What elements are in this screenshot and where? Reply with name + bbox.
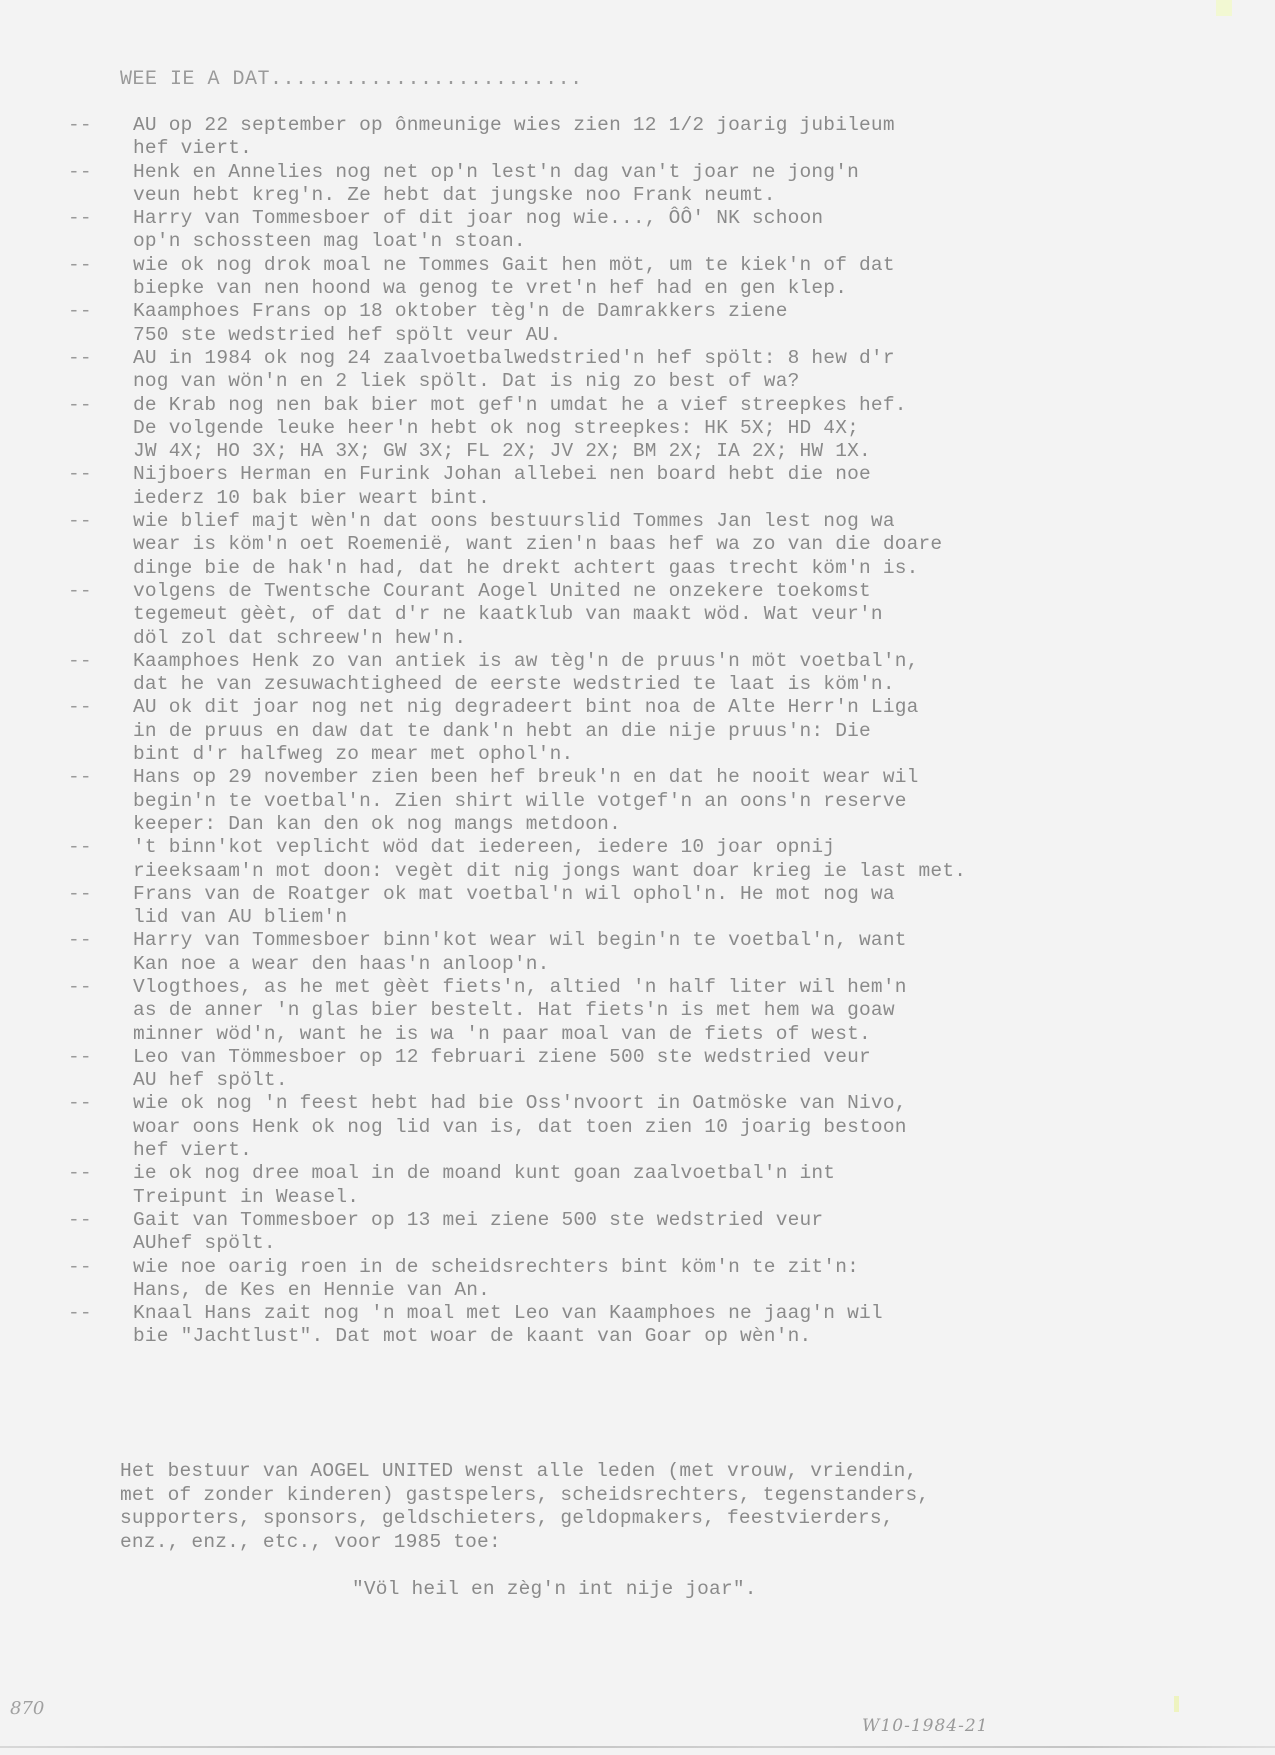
- list-item-text: wie ok nog drok moal ne Tommes Gait hen …: [133, 254, 895, 301]
- highlight-mark: [1216, 0, 1232, 16]
- closing-paragraph: Het bestuur van AOGEL UNITED wenst alle …: [120, 1460, 1220, 1554]
- list-item: --Harry van Tommesboer binn'kot wear wil…: [68, 929, 1188, 976]
- list-item: --wie blief majt wèn'n dat oons bestuurs…: [68, 510, 1188, 580]
- list-item: --Frans van de Roatger ok mat voetbal'n …: [68, 883, 1188, 930]
- list-item-text: Harry van Tommesboer binn'kot wear wil b…: [133, 929, 907, 976]
- list-item-text: Harry van Tommesboer of dit joar nog wie…: [133, 207, 823, 254]
- bullet-dash: --: [68, 394, 133, 464]
- highlight-mark: [1174, 1696, 1179, 1712]
- list-item-text: Henk en Annelies nog net op'n lest'n dag…: [133, 161, 859, 208]
- handwritten-archive-reference: W10-1984-21: [862, 1716, 989, 1736]
- bullet-dash: --: [68, 650, 133, 697]
- bullet-dash: --: [68, 883, 133, 930]
- bullet-dash: --: [68, 254, 133, 301]
- list-item: --wie ok nog drok moal ne Tommes Gait he…: [68, 254, 1188, 301]
- list-item: --AU op 22 september op ônmeunige wies z…: [68, 114, 1188, 161]
- list-item-text: wie ok nog 'n feest hebt had bie Oss'nvo…: [133, 1092, 907, 1162]
- list-item-text: AU in 1984 ok nog 24 zaalvoetbalwedstrie…: [133, 347, 895, 394]
- list-item: --Kaamphoes Henk zo van antiek is aw tèg…: [68, 650, 1188, 697]
- list-item: --wie ok nog 'n feest hebt had bie Oss'n…: [68, 1092, 1188, 1162]
- bullet-dash: --: [68, 766, 133, 836]
- list-item-text: ie ok nog dree moal in de moand kunt goa…: [133, 1162, 835, 1209]
- bullet-dash: --: [68, 1256, 133, 1303]
- list-item: --Leo van Tömmesboer op 12 februari zien…: [68, 1046, 1188, 1093]
- scan-edge: [0, 1746, 1275, 1748]
- list-item: --Henk en Annelies nog net op'n lest'n d…: [68, 161, 1188, 208]
- news-item-list: --AU op 22 september op ônmeunige wies z…: [68, 114, 1188, 1349]
- scanned-page: WEE IE A DAT......................... --…: [0, 0, 1275, 1755]
- bullet-dash: --: [68, 300, 133, 347]
- list-item-text: Kaamphoes Henk zo van antiek is aw tèg'n…: [133, 650, 919, 697]
- list-item-text: Knaal Hans zait nog 'n moal met Leo van …: [133, 1302, 883, 1349]
- bullet-dash: --: [68, 114, 133, 161]
- list-item-text: de Krab nog nen bak bier mot gef'n umdat…: [133, 394, 907, 464]
- bullet-dash: --: [68, 1092, 133, 1162]
- bullet-dash: --: [68, 1209, 133, 1256]
- bullet-dash: --: [68, 929, 133, 976]
- list-item: --de Krab nog nen bak bier mot gef'n umd…: [68, 394, 1188, 464]
- list-item: --Hans op 29 november zien been hef breu…: [68, 766, 1188, 836]
- list-item: --Gait van Tommesboer op 13 mei ziene 50…: [68, 1209, 1188, 1256]
- bullet-dash: --: [68, 347, 133, 394]
- bullet-dash: --: [68, 1302, 133, 1349]
- bullet-dash: --: [68, 1162, 133, 1209]
- bullet-dash: --: [68, 976, 133, 1046]
- new-year-slogan: "Völ heil en zèg'n int nije joar".: [352, 1578, 757, 1600]
- bullet-dash: --: [68, 580, 133, 650]
- list-item-text: wie noe oarig roen in de scheidsrechters…: [133, 1256, 859, 1303]
- list-item-text: Hans op 29 november zien been hef breuk'…: [133, 766, 919, 836]
- list-item-text: Kaamphoes Frans op 18 oktober tèg'n de D…: [133, 300, 788, 347]
- list-item-text: volgens de Twentsche Courant Aogel Unite…: [133, 580, 883, 650]
- list-item-text: Nijboers Herman en Furink Johan allebei …: [133, 463, 871, 510]
- list-item: --ie ok nog dree moal in de moand kunt g…: [68, 1162, 1188, 1209]
- document-title: WEE IE A DAT.........................: [120, 68, 583, 91]
- list-item-text: 't binn'kot veplicht wöd dat iedereen, i…: [133, 836, 966, 883]
- list-item-text: Frans van de Roatger ok mat voetbal'n wi…: [133, 883, 895, 930]
- bullet-dash: --: [68, 510, 133, 580]
- bullet-dash: --: [68, 836, 133, 883]
- list-item: --volgens de Twentsche Courant Aogel Uni…: [68, 580, 1188, 650]
- bullet-dash: --: [68, 463, 133, 510]
- bullet-dash: --: [68, 207, 133, 254]
- list-item-text: AU ok dit joar nog net nig degradeert bi…: [133, 696, 919, 766]
- list-item-text: Gait van Tommesboer op 13 mei ziene 500 …: [133, 1209, 823, 1256]
- bullet-dash: --: [68, 161, 133, 208]
- list-item-text: wie blief majt wèn'n dat oons bestuursli…: [133, 510, 942, 580]
- bullet-dash: --: [68, 1046, 133, 1093]
- list-item: --Knaal Hans zait nog 'n moal met Leo va…: [68, 1302, 1188, 1349]
- list-item: --Nijboers Herman en Furink Johan allebe…: [68, 463, 1188, 510]
- list-item: --wie noe oarig roen in de scheidsrechte…: [68, 1256, 1188, 1303]
- list-item: --Vlogthoes, as he met gèèt fiets'n, alt…: [68, 976, 1188, 1046]
- list-item: --AU ok dit joar nog net nig degradeert …: [68, 696, 1188, 766]
- handwritten-page-number: 870: [10, 1698, 44, 1719]
- list-item: --'t binn'kot veplicht wöd dat iedereen,…: [68, 836, 1188, 883]
- list-item-text: Vlogthoes, as he met gèèt fiets'n, altie…: [133, 976, 907, 1046]
- list-item-text: Leo van Tömmesboer op 12 februari ziene …: [133, 1046, 871, 1093]
- list-item: --AU in 1984 ok nog 24 zaalvoetbalwedstr…: [68, 347, 1188, 394]
- bullet-dash: --: [68, 696, 133, 766]
- list-item-text: AU op 22 september op ônmeunige wies zie…: [133, 114, 895, 161]
- list-item: --Kaamphoes Frans op 18 oktober tèg'n de…: [68, 300, 1188, 347]
- list-item: --Harry van Tommesboer of dit joar nog w…: [68, 207, 1188, 254]
